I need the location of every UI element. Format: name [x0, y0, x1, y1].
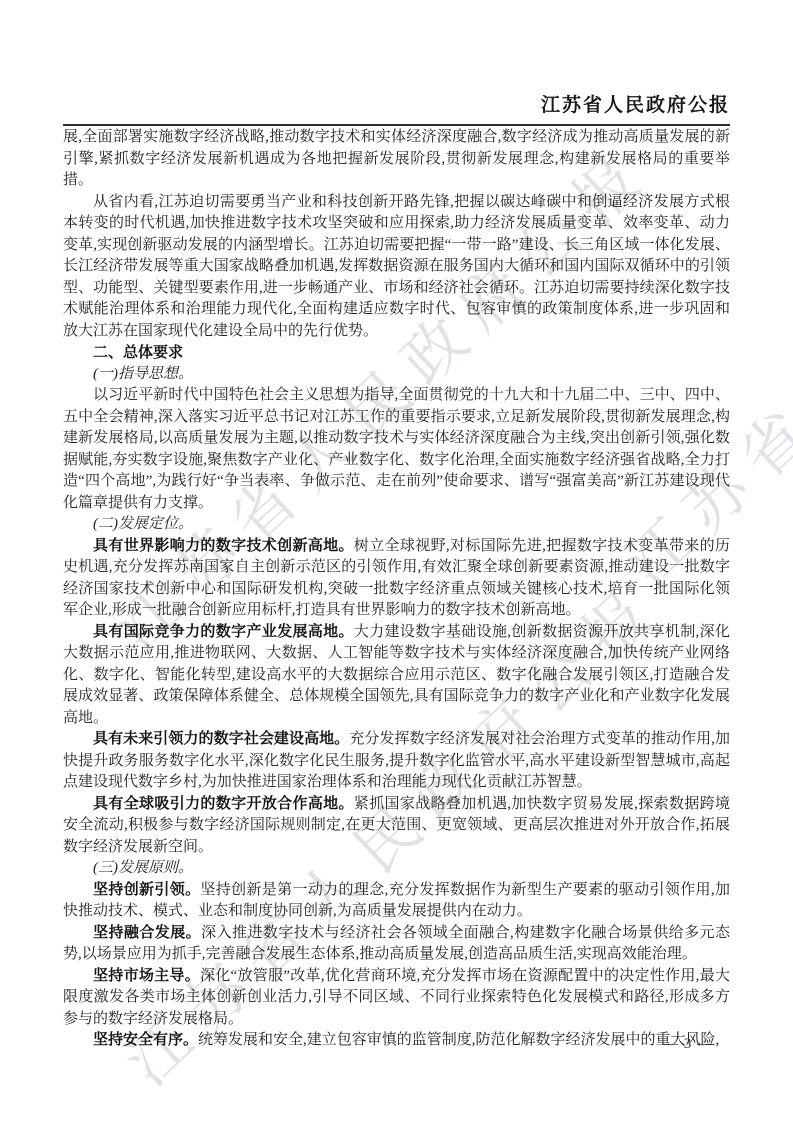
- section-heading: 二、总体要求: [63, 342, 730, 364]
- subsection-heading: (一)指导思想。: [63, 364, 730, 386]
- paragraph: 具有世界影响力的数字技术创新高地。树立全球视野,对标国际先进,把握数字技术变革带…: [63, 536, 730, 622]
- document-body: 展,全面部署实施数字经济战略,推动数字技术和实体经济深度融合,数字经济成为推动高…: [63, 127, 730, 1052]
- page-header: 江苏省人民政府公报: [63, 90, 730, 126]
- paragraph: 从省内看,江苏迫切需要勇当产业和科技创新开路先锋,把握以碳达峰碳中和倒逼经济发展…: [63, 192, 730, 343]
- paragraph: 坚持创新引领。坚持创新是第一动力的理念,充分发挥数据作为新型生产要素的驱动引领作…: [63, 880, 730, 923]
- paragraph-lead: 具有未来引领力的数字社会建设高地。: [93, 731, 349, 747]
- subsection-heading: (三)发展原则。: [63, 858, 730, 880]
- page-number: — 3 —: [663, 1036, 713, 1052]
- page-footer: — 3 —: [63, 1036, 713, 1053]
- paragraph: 坚持市场主导。深化“放管服”改革,优化营商环境,充分发挥市场在资源配置中的决定性…: [63, 966, 730, 1031]
- paragraph: 展,全面部署实施数字经济战略,推动数字技术和实体经济深度融合,数字经济成为推动高…: [63, 127, 730, 192]
- paragraph: 以习近平新时代中国特色社会主义思想为指导,全面贯彻党的十九大和十九届二中、三中、…: [63, 385, 730, 514]
- paragraph-lead: 坚持市场主导。: [93, 968, 200, 984]
- gazette-page: 江苏省人民政府公报 江苏省人民政府公报 江苏省人民政府公报 江苏省人民政府公报 …: [0, 0, 793, 1122]
- paragraph: 具有全球吸引力的数字开放合作高地。紧抓国家战略叠加机遇,加快数字贸易发展,探索数…: [63, 794, 730, 859]
- paragraph-lead: 具有世界影响力的数字技术创新高地。: [93, 538, 354, 554]
- paragraph-lead: 具有全球吸引力的数字开放合作高地。: [93, 796, 354, 812]
- gazette-title: 江苏省人民政府公报: [63, 90, 730, 117]
- paragraph-lead: 坚持融合发展。: [93, 925, 201, 941]
- paragraph: 具有国际竞争力的数字产业发展高地。大力建设数字基础设施,创新数据资源开放共享机制…: [63, 622, 730, 730]
- subsection-heading: (二)发展定位。: [63, 514, 730, 536]
- paragraph-lead: 坚持创新引领。: [93, 882, 200, 898]
- paragraph-lead: 具有国际竞争力的数字产业发展高地。: [93, 624, 354, 640]
- paragraph: 坚持融合发展。深入推进数字技术与经济社会各领域全面融合,构建数字化融合场景供给多…: [63, 923, 730, 966]
- paragraph: 具有未来引领力的数字社会建设高地。充分发挥数字经济发展对社会治理方式变革的推动作…: [63, 729, 730, 794]
